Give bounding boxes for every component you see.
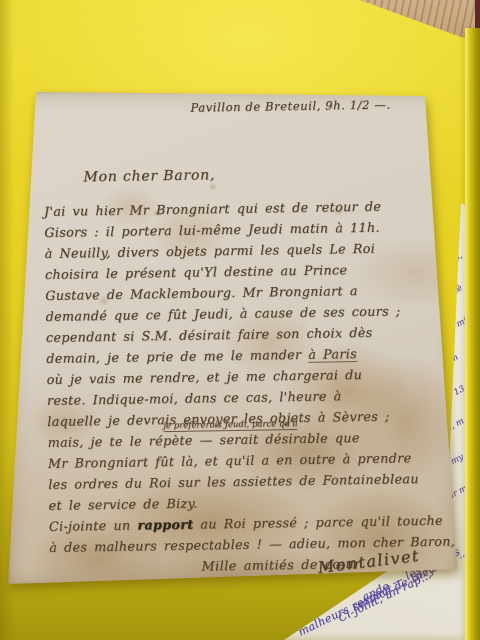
heavy-word-rapport: rapport [137, 517, 193, 533]
body-line-16-rest: au Roi pressé ; parce qu'il touche [193, 513, 443, 532]
letter-paper: Pavillon de Breteuil, 9h. 1/2 —. Mon che… [8, 91, 458, 585]
letter-wrapper: Pavillon de Breteuil, 9h. 1/2 —. Mon che… [8, 91, 458, 585]
letter-text: Pavillon de Breteuil, 9h. 1/2 —. Mon che… [4, 87, 462, 588]
body-line-8-text: demain, je te prie de me le mander [46, 347, 308, 366]
body-line-12-text: mais, je te le répète [47, 433, 199, 450]
photo-background: { "scene": { "folder_color": "#e6d123", … [0, 0, 480, 640]
underlined-a-paris: à Paris [308, 346, 357, 363]
salutation: Mon cher Baron, [83, 167, 215, 185]
folder-fold-strip [465, 28, 480, 640]
body-line-12-rest: — serait désirable que [199, 430, 359, 448]
note-line: malheurs respect… [296, 577, 405, 639]
letter-body: J'ai vu hier Mr Brongniart qui est de re… [44, 195, 446, 579]
interline-insertion: je préférerais Jeudi, parce qu'il [163, 420, 297, 432]
dateline: Pavillon de Breteuil, 9h. 1/2 —. [190, 97, 440, 115]
wood-table-corner [360, 0, 480, 44]
body-line-16-text: Ci-jointe un [49, 518, 138, 534]
